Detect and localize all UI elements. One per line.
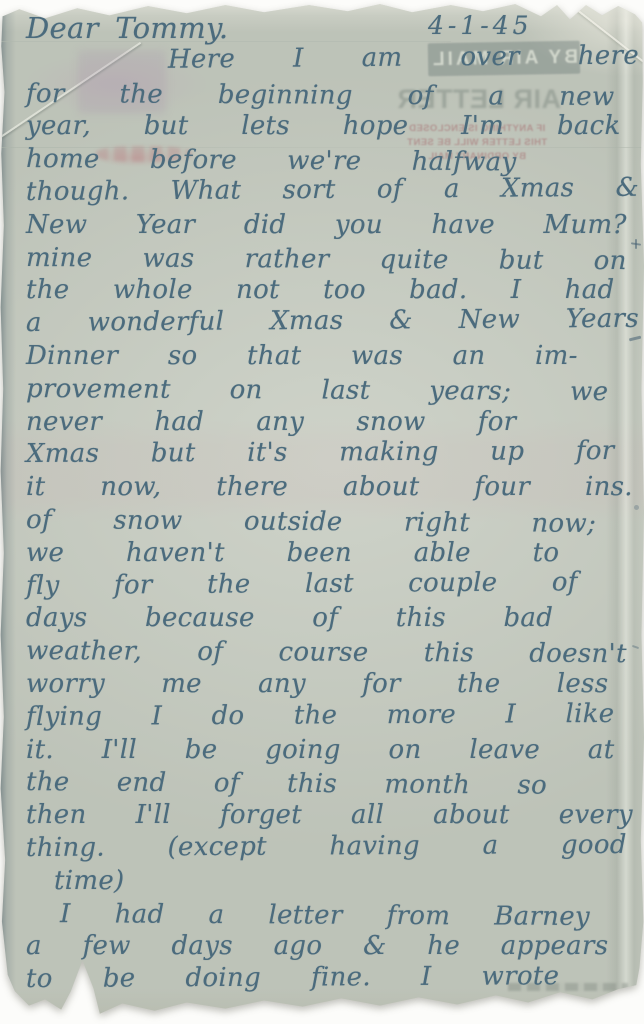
letter-line: a few days ago & he appears [26, 930, 608, 963]
letter-line: the whole not too bad. I had [26, 274, 614, 307]
letter-line: for the beginning of a new [26, 78, 615, 114]
letter-line: year, but lets hope I'm back [26, 110, 621, 143]
letter-line: flying I do the more I like [26, 698, 615, 734]
letter-line: fly for the last couple of [26, 566, 578, 603]
letter-line: then I'll forget all about every [26, 799, 633, 832]
letter-line: Xmas but it's making up for [26, 435, 615, 471]
letter-line: worry me any for the less [26, 668, 608, 701]
letter-line: we haven't been able to [26, 537, 559, 570]
letter-date: 4-1-45 [428, 10, 533, 43]
letter-line: thing. (except having a good [26, 829, 627, 865]
letter-line: a wonderful Xmas & New Years [26, 303, 639, 340]
letter-line: mine was rather quite but on [26, 242, 627, 278]
letter-line: weather, of course this doesn't [26, 635, 627, 671]
letter-line: provement on last years; we [26, 373, 609, 409]
salutation: Dear Tommy. [26, 11, 228, 45]
scanned-letter-page: { "letter": { "salutation": "Dear Tommy.… [0, 0, 644, 1024]
letter-line: days because of this bad [26, 602, 553, 635]
letter-line: to be doing fine. I wrote [26, 960, 559, 996]
letter-paper: BY AIR MAIL AIR LETTER IF ANYTHING IS EN… [0, 0, 644, 1024]
letter-paper-wrap: BY AIR MAIL AIR LETTER IF ANYTHING IS EN… [0, 0, 644, 1024]
letter-line: never had any snow for [26, 406, 516, 439]
letter-line: though. What sort of a Xmas & [26, 172, 639, 209]
letter-line: of snow outside right now; [26, 504, 596, 541]
letter-line: I had a letter from Barney [26, 898, 590, 934]
handwriting: Dear Tommy. 4-1-45 Here I am over here f… [26, 12, 639, 996]
letter-line: time) [26, 865, 210, 898]
letter-line: Dinner so that was an im- [26, 340, 578, 373]
letter-line: New Year did you have Mum? [26, 209, 627, 242]
letter-line: Here I am over here [26, 39, 639, 77]
letter-line: the end of this month so [26, 766, 547, 802]
letter-line: it now, there about four ins. [26, 471, 633, 504]
letter-line: it. I'll be going on leave at [26, 734, 614, 767]
